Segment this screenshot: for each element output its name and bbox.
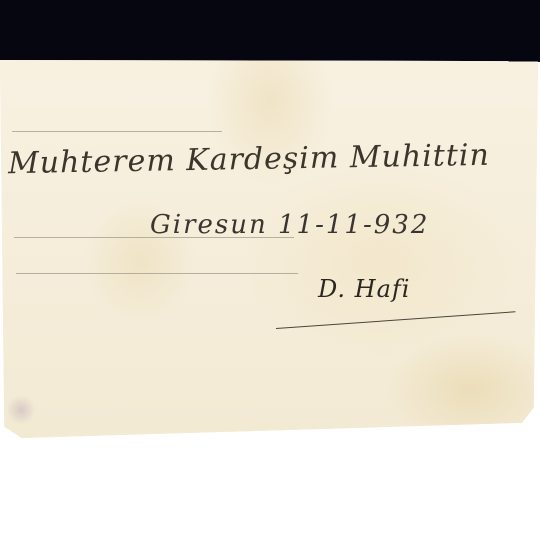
signature-underline bbox=[276, 311, 515, 329]
greeting-handwriting: Muhterem Kardeşim Muhittin bbox=[8, 138, 490, 181]
dark-backdrop bbox=[0, 0, 540, 62]
paper-stain bbox=[6, 395, 36, 425]
paper-card: Muhterem Kardeşim Muhittin Giresun 11-11… bbox=[0, 60, 538, 438]
printed-rule-line bbox=[12, 131, 222, 132]
place-date-handwriting: Giresun 11-11-932 bbox=[150, 210, 429, 240]
signature-handwriting: D. Hafi bbox=[318, 275, 410, 303]
printed-rule-line bbox=[16, 273, 298, 274]
